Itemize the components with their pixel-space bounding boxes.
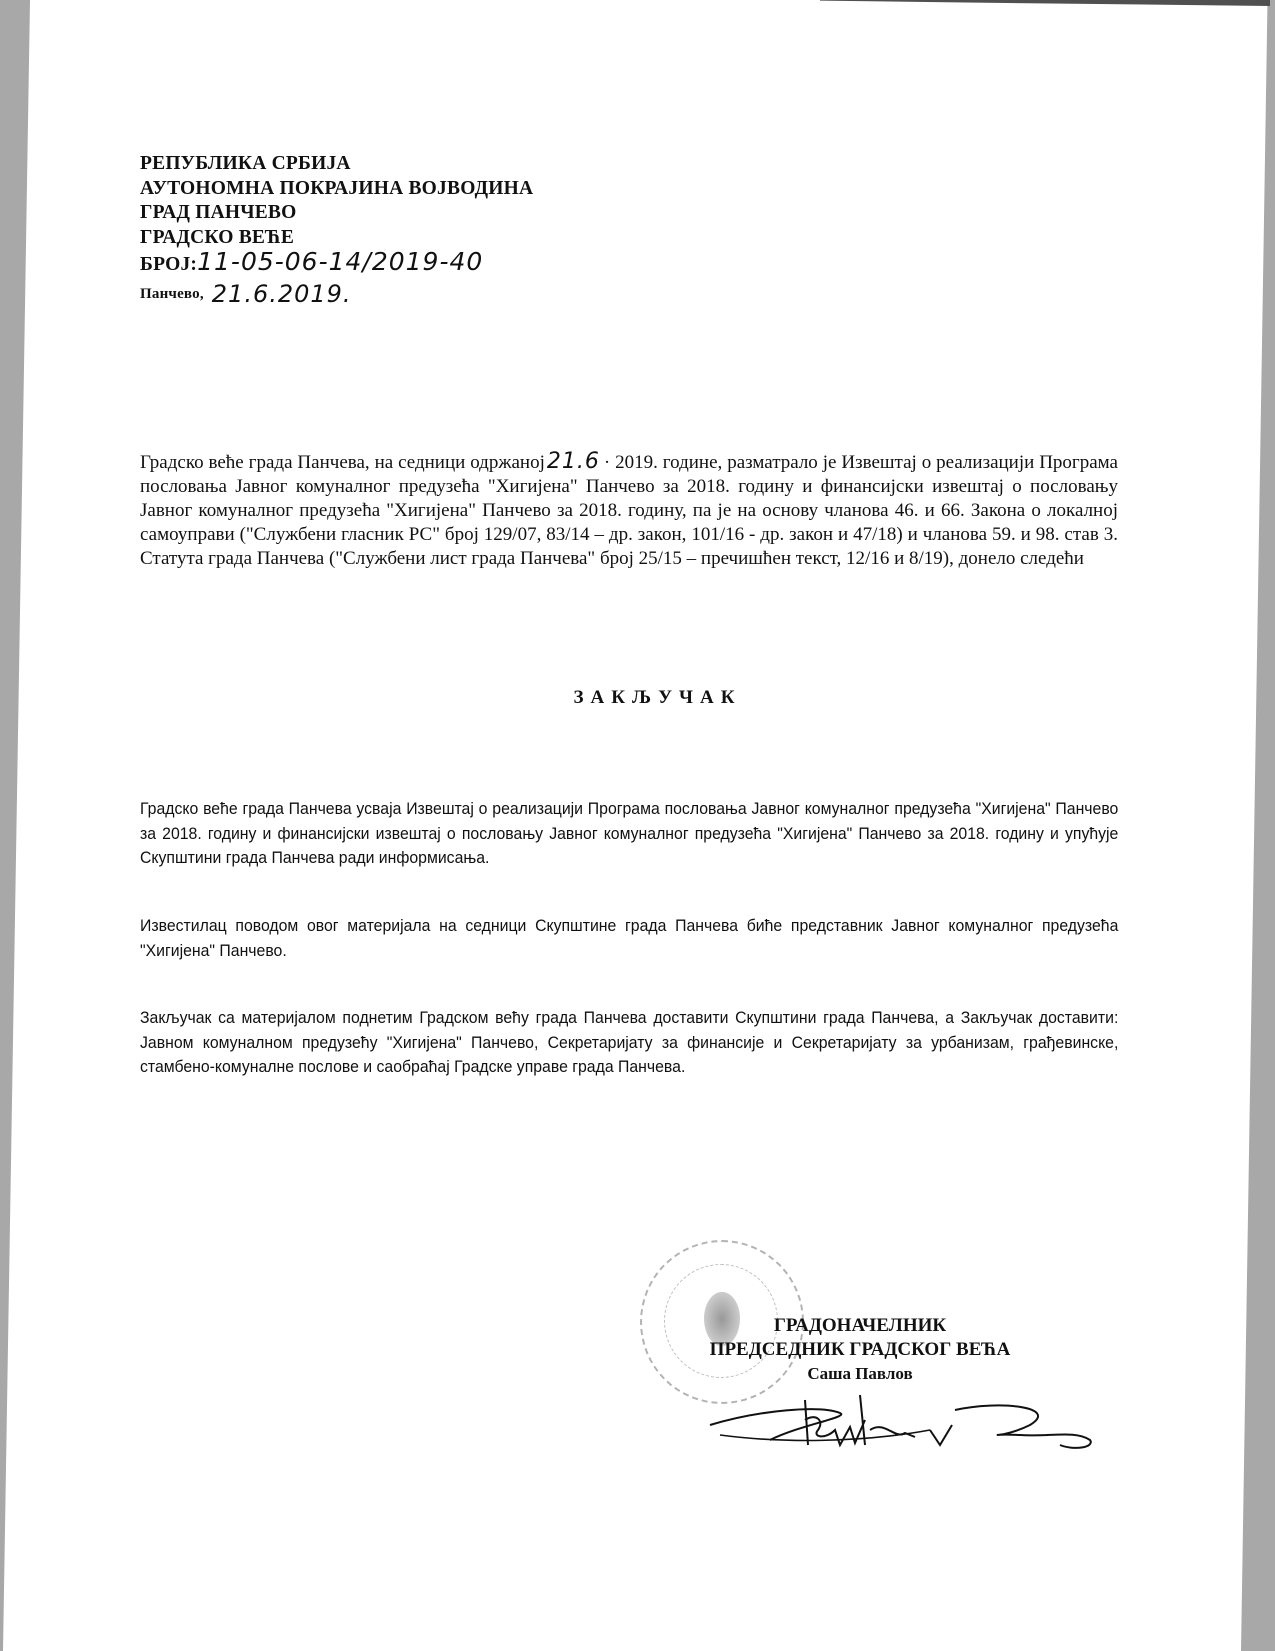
header-line-republic: РЕПУБЛИКА СРБИЈА [140, 152, 533, 177]
conclusion-paragraph-3: Закључак са материјалом поднетим Градско… [140, 1006, 1118, 1080]
place-date-line: Панчево,21.6.2019. [140, 278, 533, 307]
date-handwritten: 21.6.2019. [212, 280, 352, 308]
conclusion-paragraph-1: Градско веће града Панчева усваја Извешт… [140, 797, 1118, 871]
handwritten-signature-icon [700, 1385, 1100, 1465]
scan-edge-left [0, 0, 30, 1651]
document-header: РЕПУБЛИКА СРБИЈА АУТОНОМНА ПОКРАЈИНА ВОЈ… [140, 152, 533, 306]
signatory-title-mayor: ГРАДОНАЧЕЛНИК [660, 1314, 1060, 1338]
signature-block: ГРАДОНАЧЕЛНИК ПРЕДСЕДНИК ГРАДСКОГ ВЕЋА С… [660, 1314, 1060, 1386]
intro-paragraph: Градско веће града Панчева, на седници о… [140, 450, 1118, 571]
place-label: Панчево, [140, 286, 204, 302]
signatory-title-president: ПРЕДСЕДНИК ГРАДСКОГ ВЕЋА [660, 1338, 1060, 1362]
conclusion-paragraph-2: Известилац поводом овог материјала на се… [140, 914, 1118, 963]
scan-edge-top [820, 0, 1270, 6]
document-title: ЗАКЉУЧАК [0, 687, 1275, 709]
intro-text-before-date: Градско веће града Панчева, на седници о… [140, 452, 545, 473]
signatory-name: Саша Павлов [660, 1362, 1060, 1386]
header-line-city: ГРАД ПАНЧЕВО [140, 201, 533, 226]
scan-edge-right [1241, 0, 1275, 1651]
session-date-handwritten: 21.6 [547, 449, 600, 474]
reference-number-handwritten: 11-05-06-14/2019-40 [197, 247, 483, 276]
reference-number-line: БРОЈ:11-05-06-14/2019-40 [140, 250, 533, 278]
header-line-province: АУТОНОМНА ПОКРАЈИНА ВОЈВОДИНА [140, 177, 533, 202]
reference-label: БРОЈ: [140, 254, 197, 275]
